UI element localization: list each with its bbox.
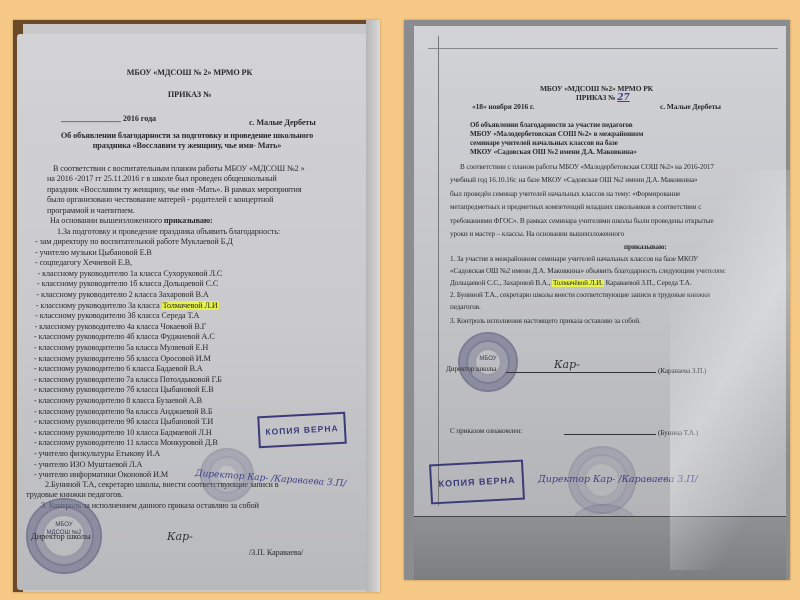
order-document-left: МБОУ «МДСОШ № 2» МРМО РК ПРИКАЗ № ______…	[17, 34, 372, 590]
recipient-text: - учителю ИЗО Муштаевой Л.А	[34, 460, 142, 469]
doc-subject-line1: Об объявлении благодарности за подготовк…	[17, 131, 357, 141]
recipient-text: - учителю физкультуры Етыкову И.А	[34, 449, 160, 458]
recipient-item: - классному руководителю 1а класса Сухор…	[38, 269, 223, 279]
recipient-item: - классному руководителю 9б класса Цыбан…	[34, 417, 213, 427]
item1-line: «Садовская ОШ №2 имени Д.А. Маковкина» о…	[450, 266, 726, 276]
acquainted-label: С приказом ознакомлен:	[450, 426, 522, 436]
doc-place: с. Малые Дербеты	[660, 102, 721, 112]
basis-text: На основании вышеизложенного	[50, 216, 162, 225]
doc-title: ПРИКАЗ №	[17, 90, 362, 100]
intro-line: метапредметных и предметных компетенций …	[450, 202, 701, 212]
recipient-item: - учителю информатики Оконовой И.М	[34, 470, 168, 480]
doc-item3: 3. Контроль исполнения настоящего приказ…	[450, 316, 641, 326]
acquainted-name: (Бунина Т.А.)	[658, 428, 698, 438]
recipient-item: - классному руководителю 8 класса Бузаев…	[34, 396, 202, 406]
recipient-text: - классному руководителю 1а класса Сухор…	[38, 269, 223, 278]
recipient-item: - классному руководителю 4а класса Чокае…	[35, 322, 207, 332]
doc-item1: 1.За подготовку и проведение праздника о…	[57, 227, 280, 237]
signature-scribble: Кар-	[554, 358, 580, 371]
recipient-item: - классному руководителю 5а класса Муляе…	[34, 343, 208, 353]
recipient-text: - классному руководителю 4а класса Чокае…	[35, 322, 207, 331]
recipient-text: - классному руководителю 10 класса Бадма…	[34, 428, 212, 437]
intro-line: праздник «Восславим ту женщину, чье имя …	[47, 185, 302, 195]
subject-line: МКОУ «Садовская ОШ №2 имени Д.А. Маковки…	[470, 147, 637, 157]
recipient-text: - классному руководителю 9б класса Цыбан…	[34, 417, 213, 426]
order-number: 27	[617, 93, 629, 103]
signature-name: /З.П. Караваева/	[249, 548, 303, 558]
doc-date: «18» ноября 2016 г.	[472, 102, 534, 112]
doc-title: ПРИКАЗ № 27	[576, 93, 630, 103]
recipient-item: - классному руководителю 4б класса Фуджи…	[34, 332, 215, 342]
copy-verified-stamp: КОПИЯ ВЕРНА	[257, 412, 347, 449]
recipient-item: - классному руководителю 3б класса Серед…	[35, 311, 199, 321]
divider	[428, 48, 778, 49]
seal-text: МБОУ	[460, 356, 516, 362]
recipient-text: - классному руководителю 5а класса Муляе…	[34, 343, 208, 352]
director-name: (Караваева З.П.)	[658, 366, 706, 376]
item2-line: педагогов.	[450, 302, 481, 312]
item1-line: 1. За участие в межрайонном семинаре учи…	[450, 254, 698, 264]
recipient-item: - классному руководителю 11 класса Монку…	[34, 438, 218, 448]
recipient-item: - классному руководителю 2 класса Захаро…	[36, 290, 208, 300]
recipient-item: - классному руководителю 7а класса Потол…	[34, 375, 222, 385]
recipient-text: - классному руководителю 3а класса	[36, 301, 162, 310]
recipient-text: - соцпедагогу Хечиевой Е.В,	[35, 258, 132, 267]
doc-subject-line2: праздника «Восславим ту женщину, чье имя…	[17, 141, 357, 151]
item2-line: 2. Буниной Т.А., секретарю школы внести …	[450, 290, 710, 300]
director-label: Директор школы	[446, 364, 496, 374]
recipient-text: - классному руководителю 11 класса Монку…	[34, 438, 218, 447]
basis-order-word: приказываю:	[164, 216, 213, 225]
recipient-text: - зам директору по воспитательной работе…	[35, 237, 233, 246]
intro-line: был проведён семинар учителей начальных …	[450, 189, 680, 199]
paper-edge	[366, 20, 380, 592]
recipient-item: - классному руководителю 9а класса Анджа…	[34, 407, 212, 417]
recipient-text: - классному руководителю 7б класса Цыбан…	[34, 385, 214, 394]
recipient-text: - классному руководителю 2 класса Захаро…	[36, 290, 208, 299]
recipient-text: - классному руководителю 5б класса Оросо…	[34, 354, 211, 363]
recipient-text: - учителю информатики Оконовой И.М	[34, 470, 168, 479]
photo-left-order: МБОУ «МДСОШ № 2» МРМО РК ПРИКАЗ № ______…	[13, 20, 380, 592]
seal-text: МБОУ	[28, 522, 100, 528]
paper-lower-sheet	[414, 516, 786, 580]
recipient-item: - классному руководителю 3а класса Толма…	[36, 301, 219, 311]
doc-item1-names: Дольцаевой С.С., Захаровой В.А., Толмачё…	[450, 278, 692, 288]
recipient-item: - классному руководителю 5б класса Оросо…	[34, 354, 211, 364]
doc-place: с. Малые Дербеты	[249, 118, 316, 128]
intro-line: на 2016 -2017 гг 25.11.2016 г в школе бы…	[47, 174, 277, 184]
recipient-item: - классному руководителю 6 класса Бадаев…	[34, 364, 203, 374]
names-text: Дольцаевой С.С., Захаровой В.А.,	[450, 279, 552, 287]
recipient-item: - зам директору по воспитательной работе…	[35, 237, 233, 247]
intro-line: было организовано чествование матерей - …	[47, 195, 273, 205]
signature-line	[506, 372, 656, 373]
intro-line: учебный год 16.10.16г. на базе МКОУ «Сад…	[450, 175, 697, 185]
recipient-item: - классному руководителю 1б класса Дольц…	[37, 279, 218, 289]
recipient-text: - классному руководителю 8 класса Бузаев…	[34, 396, 202, 405]
intro-line: В соответствии с воспитательным планом р…	[53, 164, 305, 174]
signature-scribble: Кар-	[167, 530, 193, 543]
signature-line	[564, 434, 656, 435]
order-word: приказываю:	[624, 242, 667, 252]
intro-line: уроки и мастер – классы. На основании вы…	[450, 229, 624, 239]
round-seal: МБОУ	[458, 332, 518, 392]
doc-basis: На основании вышеизложенного приказываю:	[50, 216, 213, 226]
doc-date: _______________ 2016 года	[61, 114, 156, 124]
signature-role: Директор школы	[31, 531, 91, 541]
doc-org: МБОУ «МДСОШ № 2» МРМО РК	[17, 68, 362, 78]
recipient-item: - учителю музыки Цыбановой Е.В	[35, 248, 152, 258]
order-document-right: МБОУ «МДСОШ №2» МРМО РК ПРИКАЗ № 27 «18»…	[414, 26, 786, 516]
title-text: ПРИКАЗ №	[576, 93, 616, 102]
divider	[438, 36, 439, 506]
intro-line: требованиями ФГОС». В рамках семинара уч…	[450, 216, 714, 226]
recipient-item: - учителю физкультуры Етыкову И.А	[34, 449, 160, 459]
photo-right-order: МБОУ «МДСОШ №2» МРМО РК ПРИКАЗ № 27 «18»…	[404, 20, 790, 580]
recipient-text: - классному руководителю 1б класса Дольц…	[37, 279, 218, 288]
recipient-text: - классному руководителю 9а класса Анджа…	[34, 407, 212, 416]
recipient-item: - соцпедагогу Хечиевой Е.В,	[35, 258, 132, 268]
recipient-text: - классному руководителю 6 класса Бадаев…	[34, 364, 203, 373]
recipient-text: - учителю музыки Цыбановой Е.В	[35, 248, 152, 257]
recipient-item: - учителю ИЗО Муштаевой Л.А	[34, 460, 142, 470]
handwritten-certification: Директор Кар- /Караваева З.П/	[538, 474, 698, 485]
names-text: Караваевой З.П., Середа Т.А.	[604, 279, 692, 287]
recipient-text: - классному руководителю 7а класса Потол…	[34, 375, 222, 384]
recipient-item: - классному руководителю 10 класса Бадма…	[34, 428, 212, 438]
highlighted-name: Толмачёвой Л.И.	[552, 279, 604, 287]
recipient-text: - классному руководителю 3б класса Серед…	[35, 311, 199, 320]
copy-verified-stamp: КОПИЯ ВЕРНА	[429, 460, 525, 505]
recipient-item: - классному руководителю 7б класса Цыбан…	[34, 385, 214, 395]
recipient-text: - классному руководителю 4б класса Фуджи…	[34, 332, 215, 341]
highlighted-name: Толмачевой Л.И	[162, 301, 219, 310]
intro-line: В соответствии с планом работы МБОУ «Мал…	[460, 162, 714, 172]
intro-line: программой и чаепитием.	[47, 206, 135, 216]
